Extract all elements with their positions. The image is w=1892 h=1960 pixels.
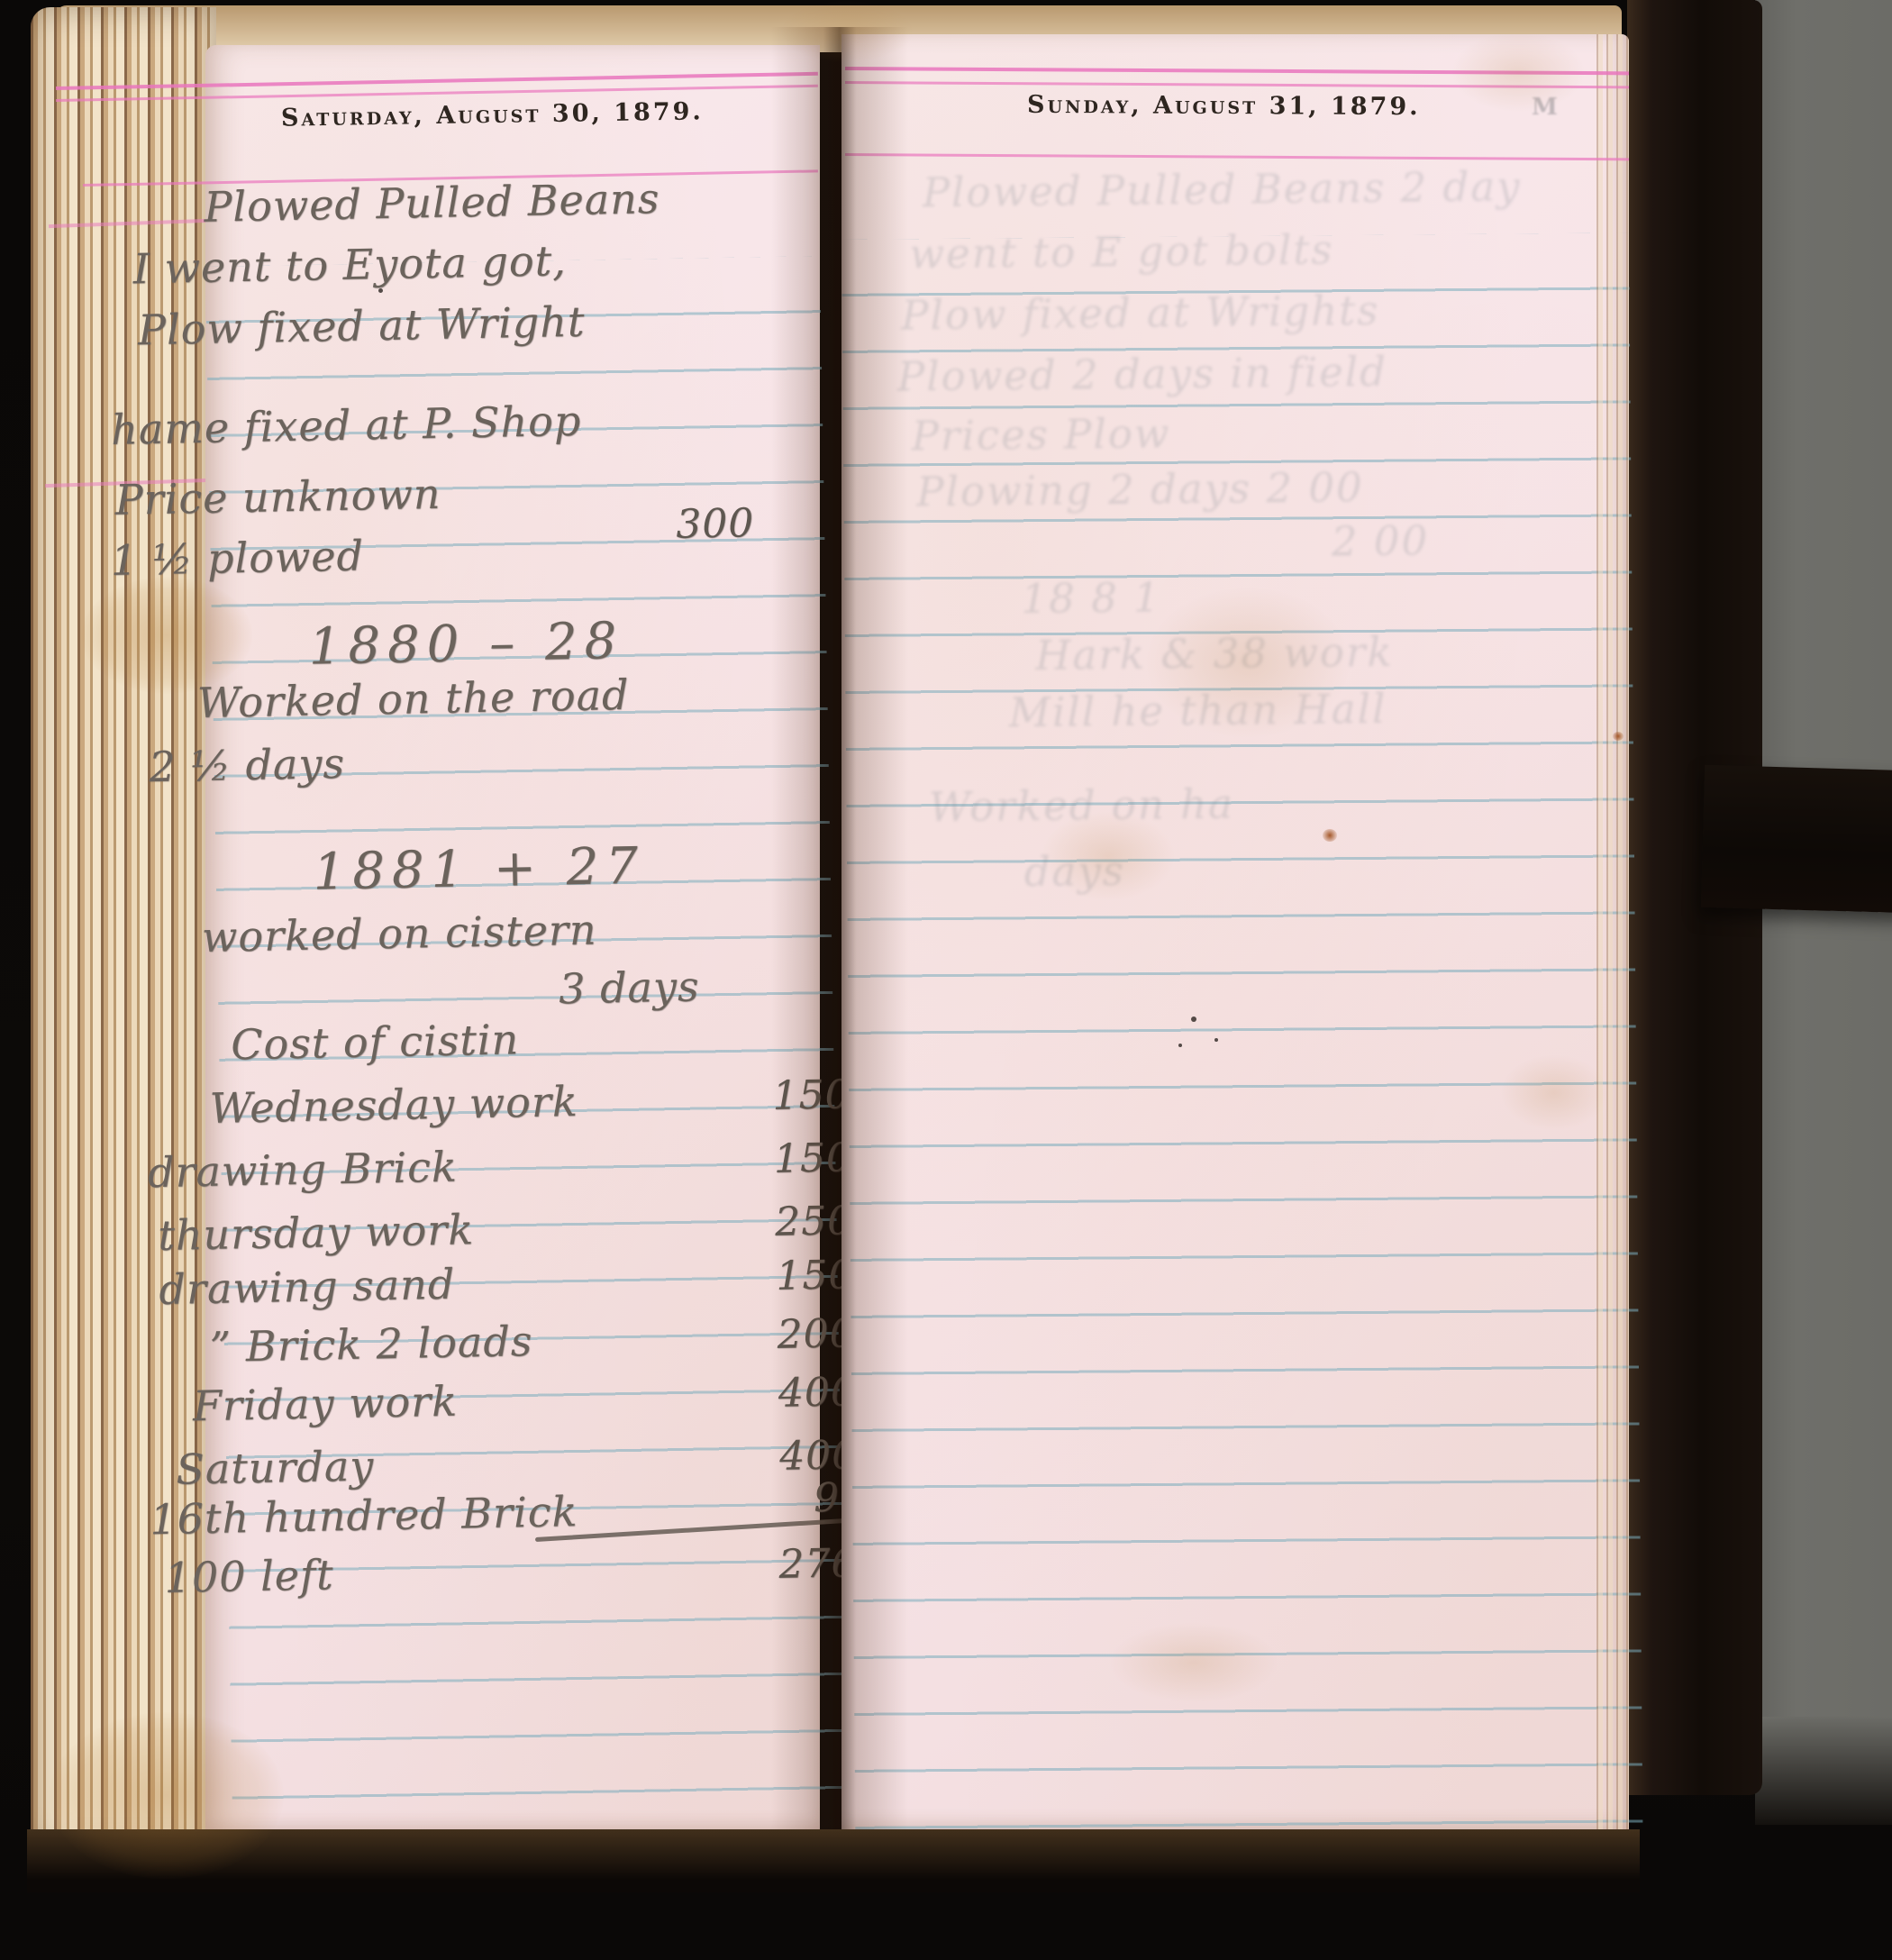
handwriting-line: I went to Eyota got, [103,231,851,299]
handwriting-text: I went to Eyota got, [132,236,567,293]
handwriting-text: Cost of cistin [231,1015,520,1069]
ink-speck [378,288,383,293]
handwriting-text: Price unknown [114,469,441,524]
handwriting-line: Friday work400 [124,1369,873,1437]
stain [1500,1054,1608,1131]
ink-speck [1214,1038,1218,1042]
handwriting-line: Wednesday work150 [119,1071,868,1140]
handwriting-text: 100 left [164,1550,334,1602]
handwriting-text: Plow fixed at Wright [138,297,586,355]
handwriting-text: Plowed Pulled Beans [204,174,660,232]
handwriting-text: worked on cistern [201,906,597,962]
handwriting-line: 1 ½ plowed300 [108,522,857,590]
bleedthrough-fragment: Plow fixed at Wrights [901,287,1380,340]
rust-spot [1323,829,1337,842]
handwriting-line: Plowed Pulled Beans [102,170,850,239]
handwriting-line: 2 ½ days [113,729,861,798]
handwriting-line: hame fixed at P. Shop [106,391,855,460]
handwriting-text: 2 ½ days [149,739,346,791]
handwriting-line: Plow fixed at Wright [105,292,853,360]
handwriting-text: 3 days [559,962,700,1013]
book-bottom-shadow [27,1829,1640,1892]
handwriting-line: 1881 + 27 [114,833,863,901]
book-gutter-shadow [771,27,908,1840]
handwriting-line: worked on cistern [115,900,864,969]
handwriting-text: hame fixed at P. Shop [111,397,582,454]
left-page-handwriting: Plowed Pulled BeansI went to Eyota got,P… [99,32,879,1759]
book-clasp-strap [1701,765,1892,913]
scanner-background-fade [1755,1717,1892,1825]
handwriting-text: Friday work [192,1377,458,1431]
handwriting-text: Worked on the road [196,670,629,727]
bleedthrough-fragment: 2 00 [1332,516,1430,565]
bleedthrough-fragment: Prices Plow [911,409,1170,460]
stain [1144,586,1351,739]
handwriting-text: Saturday [176,1441,375,1493]
handwriting-text: drawing sand [159,1260,456,1314]
bleedthrough-fragment: 18 8 1 [1021,574,1161,624]
bleedthrough-fragment: Plowed Pulled Beans 2 day [923,162,1522,216]
handwriting-line: ” Brick 2 loads200 [123,1310,872,1379]
stain [1451,32,1586,113]
stain [1041,811,1176,901]
rust-spot [1613,732,1624,741]
bleedthrough-fragment: went to E got bolts [909,225,1333,278]
handwriting-line: drawing Brick150 [120,1135,869,1203]
handwriting-line: 100 left2766 [128,1540,877,1609]
handwriting-text: 16th hundred Brick [150,1487,578,1544]
ink-speck [1178,1044,1182,1047]
handwriting-text: 1880 – 28 [308,612,624,677]
handwriting-text: thursday work [158,1205,475,1260]
stain [779,0,914,63]
ink-speck [1191,1016,1196,1022]
stain [81,577,252,694]
handwriting-text: 1881 + 27 [313,837,645,902]
diary-scan: Saturday, August 30, 1879. Plowed Pulled… [0,0,1892,1960]
handwriting-text: 1 ½ plowed [110,531,364,584]
bleedthrough-fragment: Plowing 2 days 2 00 [916,463,1364,515]
handwriting-text: drawing Brick [147,1143,458,1198]
bleedthrough-fragment: Plowed 2 days in field [897,348,1387,401]
handwriting-text: Wednesday work [209,1077,578,1133]
handwriting-amount: 300 [676,500,755,548]
stain [50,1712,284,1879]
right-page-header: Sunday, August 31, 1879. [1027,91,1421,121]
handwriting-text: ” Brick 2 loads [209,1317,533,1372]
stain [1108,1622,1279,1703]
